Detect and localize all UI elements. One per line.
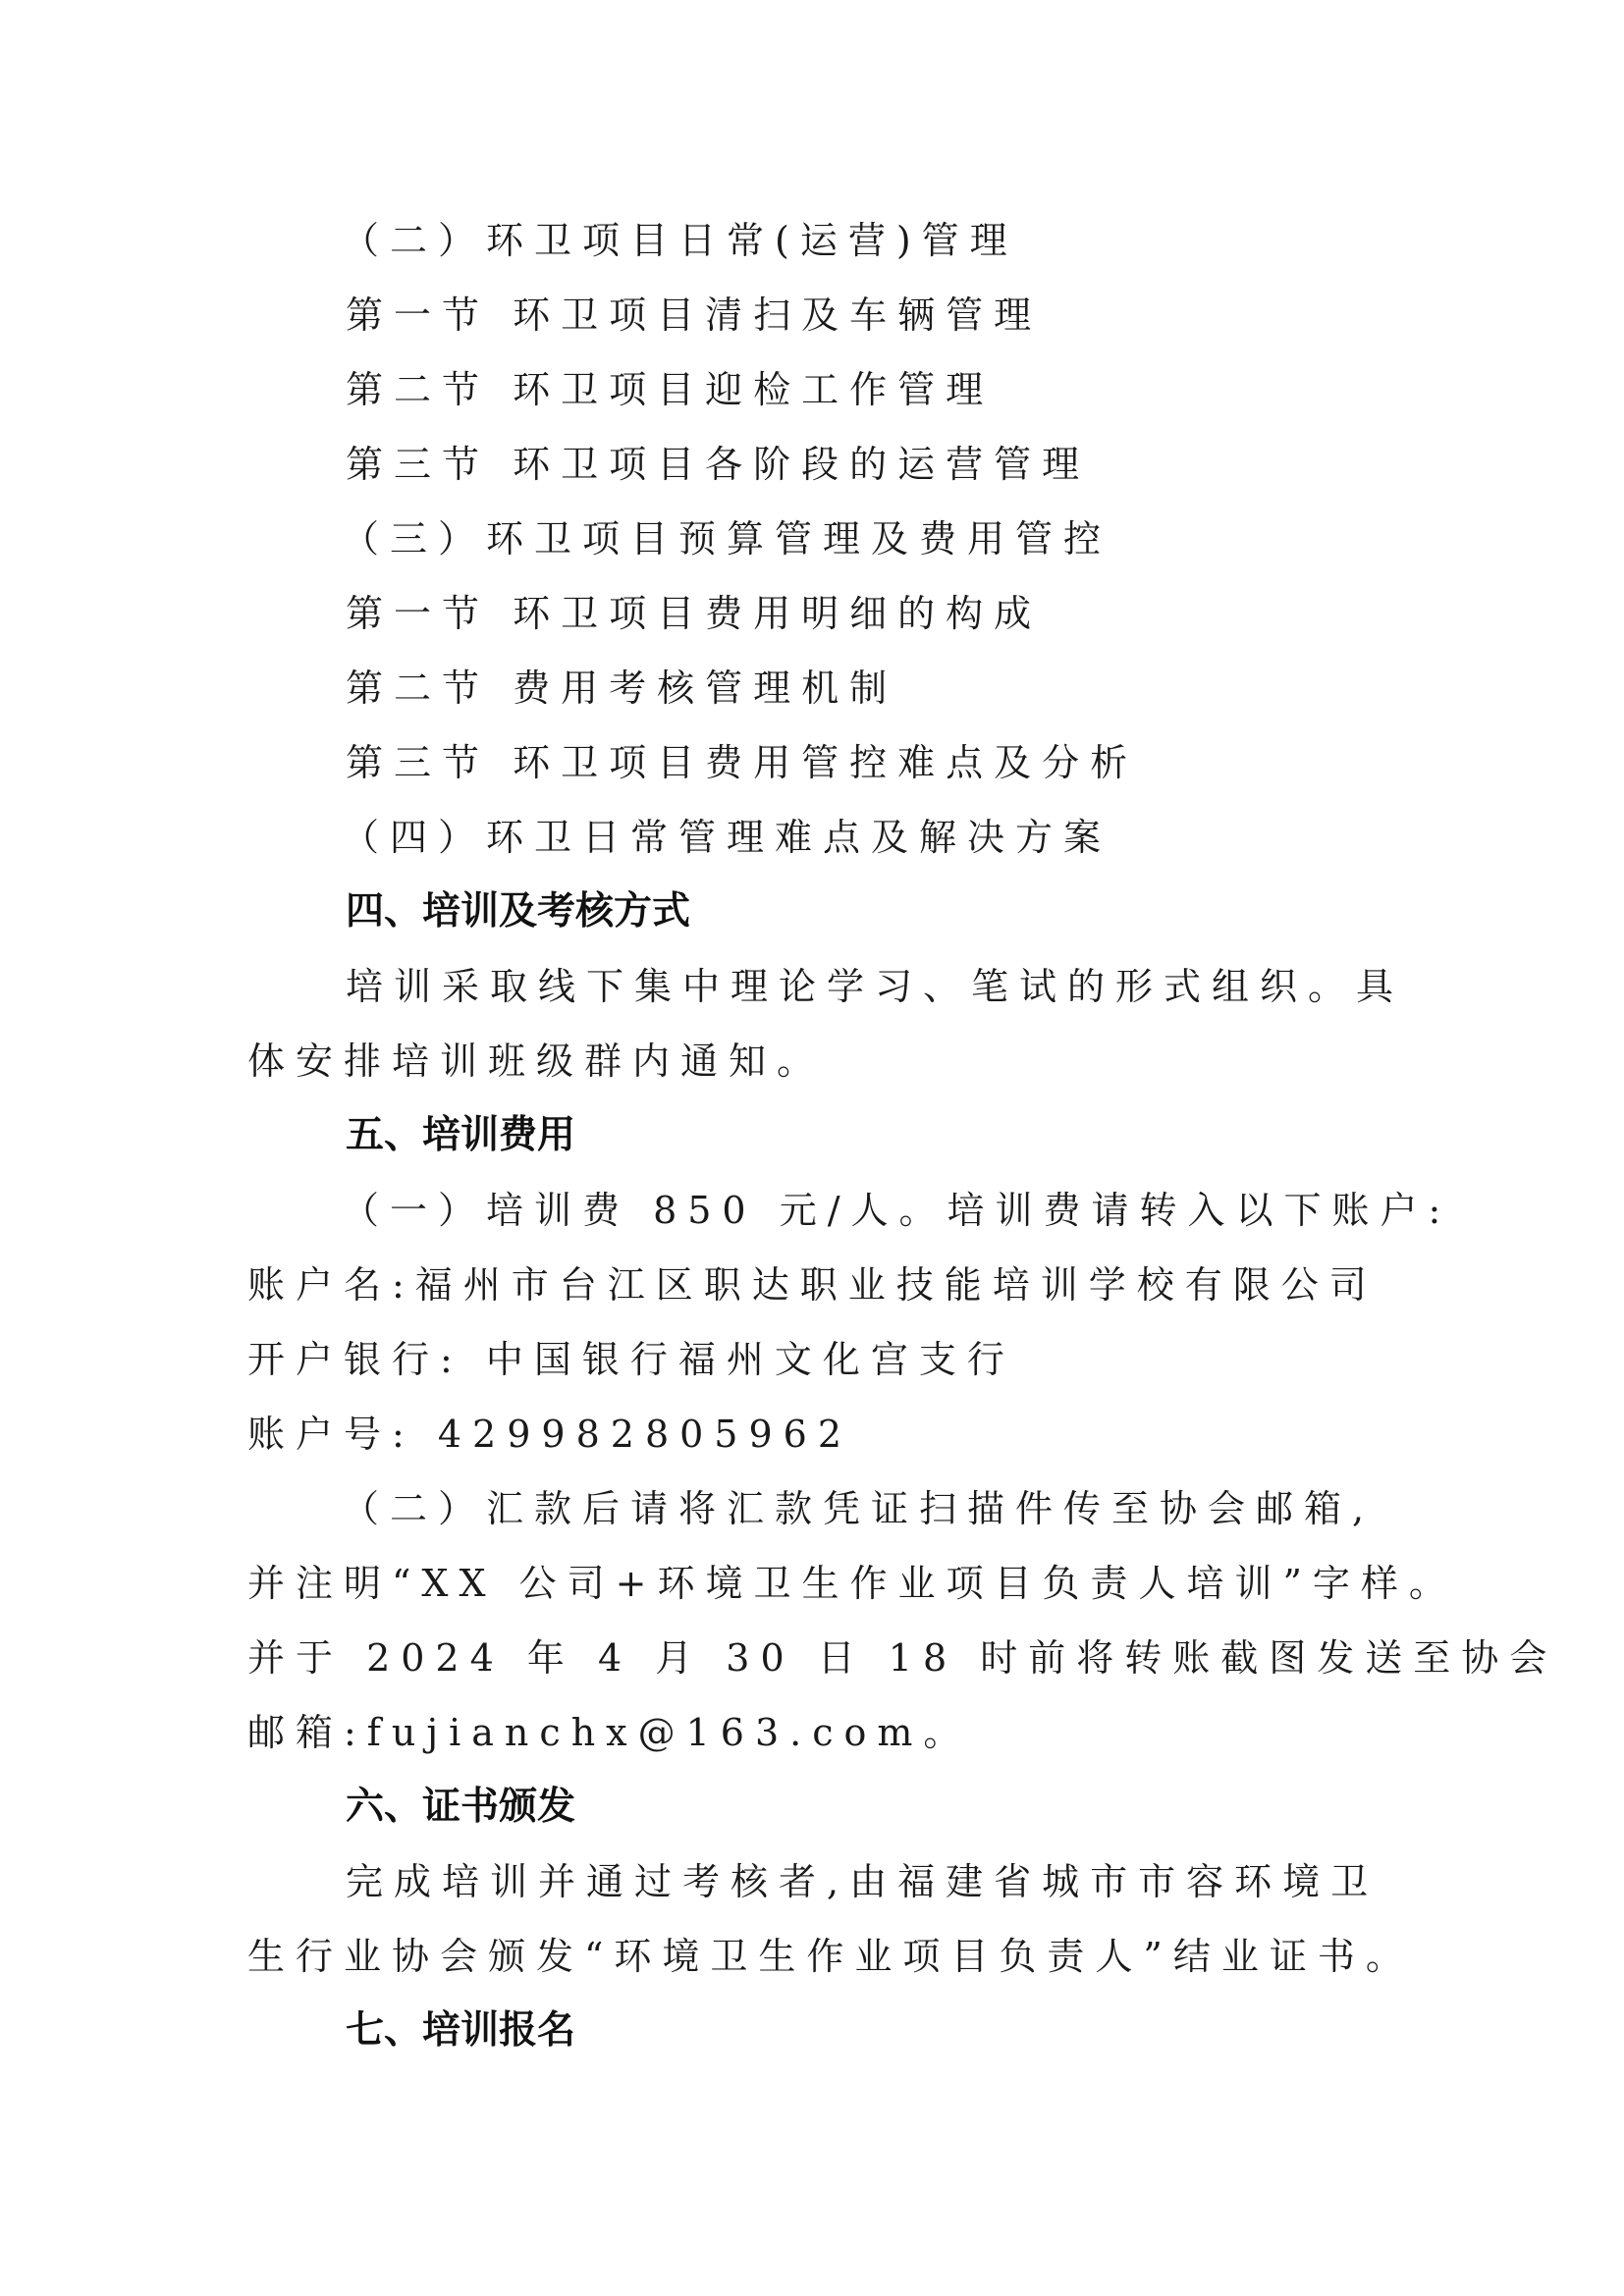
outline-part-3-section-3: 第三节 环卫项目费用管控难点及分析 <box>346 725 1485 800</box>
account-number: 账户号: 429982805962 <box>247 1397 1386 1471</box>
section-6-paragraph-line-2: 生行业协会颁发“环境卫生作业项目负责人”结业证书。 <box>247 1919 1386 1994</box>
training-fee-line: （一）培训费 850 元/人。培训费请转入以下账户: <box>342 1173 1481 1248</box>
outline-part-2-title: （二）环卫项目日常(运营)管理 <box>342 203 1481 278</box>
section-6-heading: 六、证书颁发 <box>346 1770 1485 1844</box>
outline-part-2-section-2: 第二节 环卫项目迎检工作管理 <box>346 352 1485 427</box>
section-7-heading: 七、培训报名 <box>346 1994 1485 2068</box>
document-page: （二）环卫项目日常(运营)管理 第一节 环卫项目清扫及车辆管理 第二节 环卫项目… <box>0 0 1624 2296</box>
section-5-heading: 五、培训费用 <box>346 1098 1485 1173</box>
bank-name: 开户银行: 中国银行福州文化宫支行 <box>247 1322 1386 1397</box>
outline-part-3-section-2: 第二节 费用考核管理机制 <box>346 651 1485 725</box>
section-4-heading: 四、培训及考核方式 <box>346 875 1485 949</box>
outline-part-3-section-1: 第一节 环卫项目费用明细的构成 <box>346 576 1485 651</box>
outline-part-3-title: （三）环卫项目预算管理及费用管控 <box>342 502 1481 576</box>
section-6-paragraph-line-1: 完成培训并通过考核者,由福建省城市市容环境卫 <box>346 1844 1485 1919</box>
account-name: 账户名:福州市台江区职达职业技能培训学校有限公司 <box>247 1248 1386 1322</box>
outline-part-2-section-1: 第一节 环卫项目清扫及车辆管理 <box>346 278 1485 352</box>
outline-part-2-section-3: 第三节 环卫项目各阶段的运营管理 <box>346 427 1485 502</box>
outline-part-4-title: （四）环卫日常管理难点及解决方案 <box>342 800 1481 875</box>
remittance-line-1: （二）汇款后请将汇款凭证扫描件传至协会邮箱, <box>342 1471 1481 1546</box>
section-4-paragraph-line-1: 培训采取线下集中理论学习、笔试的形式组织。具 <box>346 949 1485 1024</box>
remittance-email-line: 邮箱:fujianchx@163.com。 <box>247 1695 1386 1770</box>
remittance-line-2: 并注明“XX 公司+环境卫生作业项目负责人培训”字样。 <box>247 1546 1386 1621</box>
section-4-paragraph-line-2: 体安排培训班级群内通知。 <box>247 1024 1386 1098</box>
remittance-line-3: 并于 2024 年 4 月 30 日 18 时前将转账截图发送至协会 <box>247 1621 1386 1695</box>
